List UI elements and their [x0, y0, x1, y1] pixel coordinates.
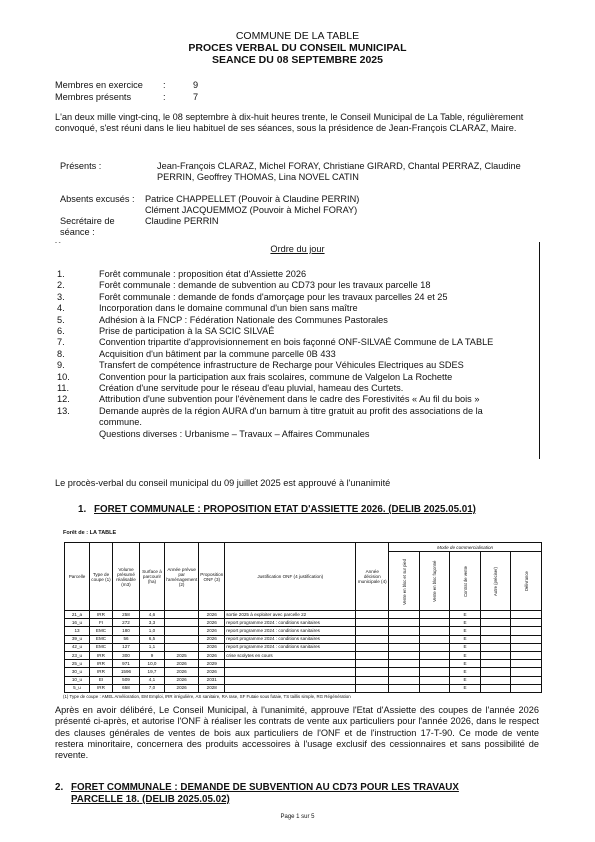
conclusion-paragraph: Après en avoir délibéré, Le Conseil Muni… [55, 705, 539, 761]
agenda-item: 3.Forêt communale : demande de fonds d'a… [57, 292, 527, 303]
commune-name: COMMUNE DE LA TABLE [0, 30, 595, 42]
agenda-list: 1.Forêt communale : proposition état d'A… [57, 269, 527, 440]
agenda-title: Ordre du jour [0, 244, 595, 254]
agenda-item: 12.Attribution d'une subvention pour l'é… [57, 394, 527, 405]
forest-label: Forêt de : LA TABLE [63, 530, 116, 536]
table-row: 23_uIRR300920252026crise scolytes en cou… [65, 651, 542, 659]
agenda-item: 5.Adhésion à la FNCP : Fédération Nation… [57, 315, 527, 326]
table-footnote: (1) Type de coupe : AMEL Amélioration, E… [63, 694, 351, 699]
members-block: Membres en exercice : 9 Membres présents… [55, 80, 198, 103]
agenda-item: 10.Convention pour la participation aux … [57, 372, 527, 383]
agenda-item: 4.Incorporation dans le domaine communal… [57, 303, 527, 314]
table-row: 13EMC1801,02026report programme 2024 : c… [65, 627, 542, 635]
agenda-item: 6.Prise de participation à la SA SCIC SI… [57, 326, 527, 337]
table-row: 16_uFI2723,32026report programme 2024 : … [65, 619, 542, 627]
section-2-heading: 2.FORET COMMUNALE : DEMANDE DE SUBVENTIO… [55, 782, 535, 805]
intro-paragraph: L'an deux mille vingt-cinq, le 08 septem… [55, 112, 537, 135]
table-row: 21_aIRR2584,62026sortie 2025 à exploiter… [65, 611, 542, 619]
table-row: 42_uEMC1271,12026report programme 2024 :… [65, 643, 542, 651]
table-row: 30_uIRR159619,720262026E [65, 668, 542, 676]
agenda-item: 1.Forêt communale : proposition état d'A… [57, 269, 527, 280]
coupes-table: Parcelle Type de coupe (1) Volume présum… [64, 542, 542, 693]
secretaire-row: Secrétaire de séance : Claudine PERRIN [60, 216, 545, 238]
table-row: 5_uIRR6587,020262028E [65, 684, 542, 692]
pv-approval: Le procès-verbal du conseil municipal du… [55, 478, 390, 488]
members-presents: Membres présents : 7 [55, 92, 198, 104]
section-1-heading: 1.FORET COMMUNALE : PROPOSITION ETAT D'A… [78, 504, 476, 516]
presents-row: Présents : Jean-François CLARAZ, Michel … [60, 161, 545, 183]
document-title: PROCES VERBAL DU CONSEIL MUNICIPAL [0, 42, 595, 54]
absents-row: Absents excusés : Patrice CHAPPELLET (Po… [60, 194, 545, 205]
agenda-item: 13.Demande auprès de la région AURA d'un… [57, 406, 527, 429]
agenda-questions: Questions diverses : Urbanisme – Travaux… [57, 429, 527, 440]
seance-date: SEANCE DU 08 SEPTEMBRE 2025 [0, 54, 595, 66]
table-row: 39_uEMC566,52026report programme 2024 : … [65, 635, 542, 643]
agenda-item: 2.Forêt communale : demande de subventio… [57, 280, 527, 291]
table-row: 10_uEI5094,120262031E [65, 676, 542, 684]
agenda-item: 9.Transfert de compétence infrastructure… [57, 360, 527, 371]
attendance-block: Présents : Jean-François CLARAZ, Michel … [60, 161, 545, 238]
members-exercice: Membres en exercice : 9 [55, 80, 198, 92]
agenda-item: 8.Acquisition d'un bâtiment par la commu… [57, 349, 527, 360]
agenda-item: 11.Création d'une servitude pour le rése… [57, 383, 527, 394]
agenda-item: 7.Convention tripartite d'approvisionnem… [57, 337, 527, 348]
table-row: 25_uIRR97110,020262029E [65, 660, 542, 668]
page-number: Page 1 sur 5 [0, 814, 595, 820]
